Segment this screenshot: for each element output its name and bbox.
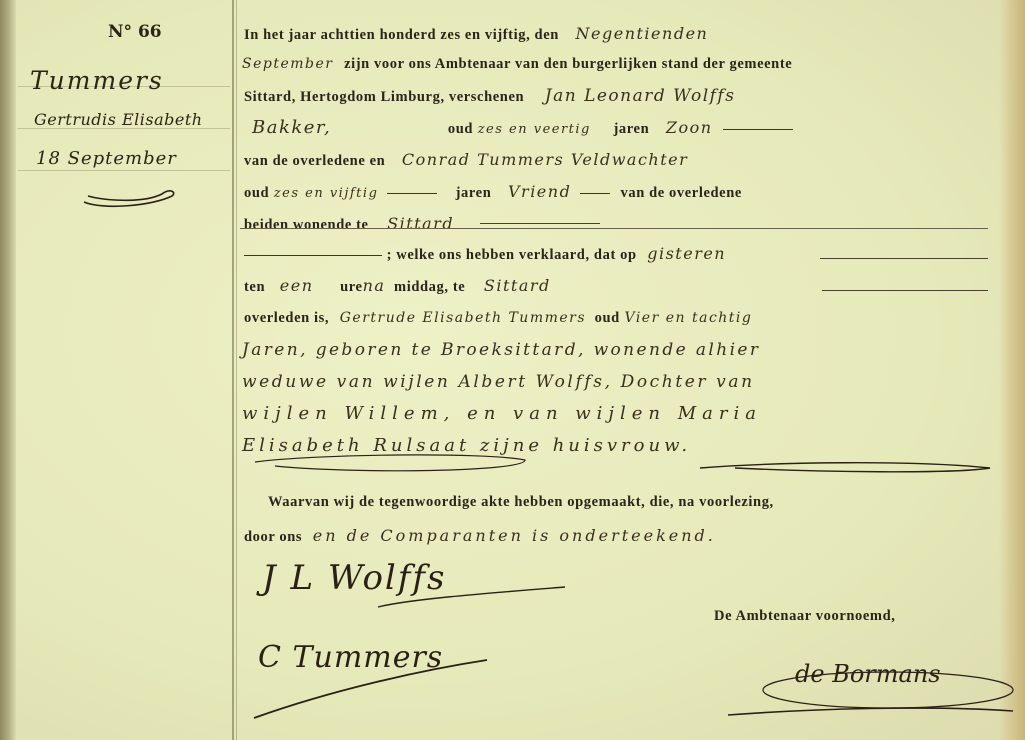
margin-date: 18 September <box>36 148 177 169</box>
fill-rule <box>723 129 793 130</box>
fill-rule <box>822 290 988 291</box>
record-line-3: Sittard, Hertogdom Limburg, verschenen J… <box>244 86 735 107</box>
closing-line-1: Waarvan wij de tegenwoordige akte hebben… <box>268 492 774 512</box>
printed-text: ; welke ons hebben verklaard, dat op <box>387 247 637 263</box>
signature-underline-icon <box>370 585 570 615</box>
declarant-1-age: zes en veertig <box>478 122 591 137</box>
flourish-icon <box>82 184 182 214</box>
record-line-6: oud zes en vijftig jaren Vriend van de o… <box>244 182 742 204</box>
printed-text: oud <box>448 121 473 137</box>
signature-underline-icon <box>252 660 492 720</box>
printed-text: oud <box>244 185 269 201</box>
closing-line-2: door ons en de Comparanten is onderteeke… <box>244 526 716 547</box>
printed-text: van de overledene en <box>244 153 385 169</box>
declarant-2-name: Conrad Tummers Veldwachter <box>402 150 688 169</box>
death-day: gisteren <box>647 244 726 263</box>
death-hour: een <box>280 276 314 295</box>
record-line-1: In het jaar achttien honderd zes en vijf… <box>244 24 708 45</box>
margin-line <box>18 170 230 171</box>
printed-text: jaren <box>456 185 492 201</box>
deceased-age: Vier en tachtig <box>624 310 752 326</box>
death-place: Sittard <box>484 276 551 295</box>
declarant-1-relation: Zoon <box>666 118 713 137</box>
record-line-7: beiden wonende te Sittard <box>244 214 454 235</box>
declarant-2-age: zes en vijftig <box>274 186 379 201</box>
printed-text: zijn voor ons Ambtenaar van den burgerli… <box>344 56 792 72</box>
margin-rule-inner <box>236 0 237 740</box>
record-line-5: van de overledene en Conrad Tummers Veld… <box>244 150 688 171</box>
fill-rule <box>387 193 437 194</box>
printed-text: ure <box>340 279 362 295</box>
record-line-13: wijlen Willem, en van wijlen Maria <box>242 404 762 424</box>
record-line-4: Bakker, oud zes en veertig jaren Zoon <box>252 118 793 140</box>
deceased-name: Gertrude Elisabeth Tummers <box>340 310 586 326</box>
death-time-suffix: na <box>363 276 386 295</box>
printed-text: overleden is, <box>244 310 329 326</box>
declarant-1-name: Jan Leonard Wolffs <box>545 86 736 106</box>
fill-rule <box>580 193 610 194</box>
handwritten-month: September <box>242 56 333 72</box>
record-line-2: September zijn voor ons Ambtenaar van de… <box>242 54 792 74</box>
officer-signature-flourish-icon <box>728 665 1018 725</box>
fill-rule <box>480 223 600 224</box>
signing-statement: en de Comparanten is onderteekend. <box>313 526 716 545</box>
printed-text: oud <box>595 310 620 326</box>
printed-text: beiden wonende te <box>244 217 369 233</box>
page-edge <box>999 0 1025 740</box>
printed-text: van de overledene <box>621 185 742 201</box>
record-line-8: ; welke ons hebben verklaard, dat op gis… <box>244 244 726 265</box>
fill-rule <box>244 255 382 256</box>
printed-text: In het jaar achttien honderd zes en vijf… <box>244 27 559 43</box>
record-line-11: Jaren, geboren te Broeksittard, wonende … <box>242 340 760 360</box>
handwritten-date: Negentienden <box>576 24 709 43</box>
declarant-2-relation: Vriend <box>508 182 571 201</box>
residence: Sittard <box>387 214 454 233</box>
acte-number: N° 66 <box>108 22 162 42</box>
printed-text: Waarvan wij de tegenwoordige akte hebben… <box>268 494 774 510</box>
margin-surname: Tummers <box>30 66 164 95</box>
printed-text: ten <box>244 279 265 295</box>
margin-rule <box>232 0 234 740</box>
closing-flourish-icon <box>255 448 1005 478</box>
binding-gutter <box>0 0 16 740</box>
printed-text: middag, te <box>394 279 465 295</box>
record-line-12: weduwe van wijlen Albert Wolffs, Dochter… <box>242 372 755 392</box>
fill-rule <box>820 258 988 259</box>
margin-given-names: Gertrudis Elisabeth <box>34 110 203 129</box>
declarant-1-occupation: Bakker, <box>252 117 331 138</box>
section-rule <box>240 228 988 229</box>
printed-text: Sittard, Hertogdom Limburg, verschenen <box>244 89 524 105</box>
record-line-9: ten een urena middag, te Sittard <box>244 276 551 297</box>
printed-text: jaren <box>614 121 650 137</box>
printed-text: door ons <box>244 529 302 545</box>
document-page: N° 66 Tummers Gertrudis Elisabeth 18 Sep… <box>0 0 1025 740</box>
officer-label: De Ambtenaar voornoemd, <box>714 608 895 625</box>
record-line-10: overleden is, Gertrude Elisabeth Tummers… <box>244 308 752 328</box>
